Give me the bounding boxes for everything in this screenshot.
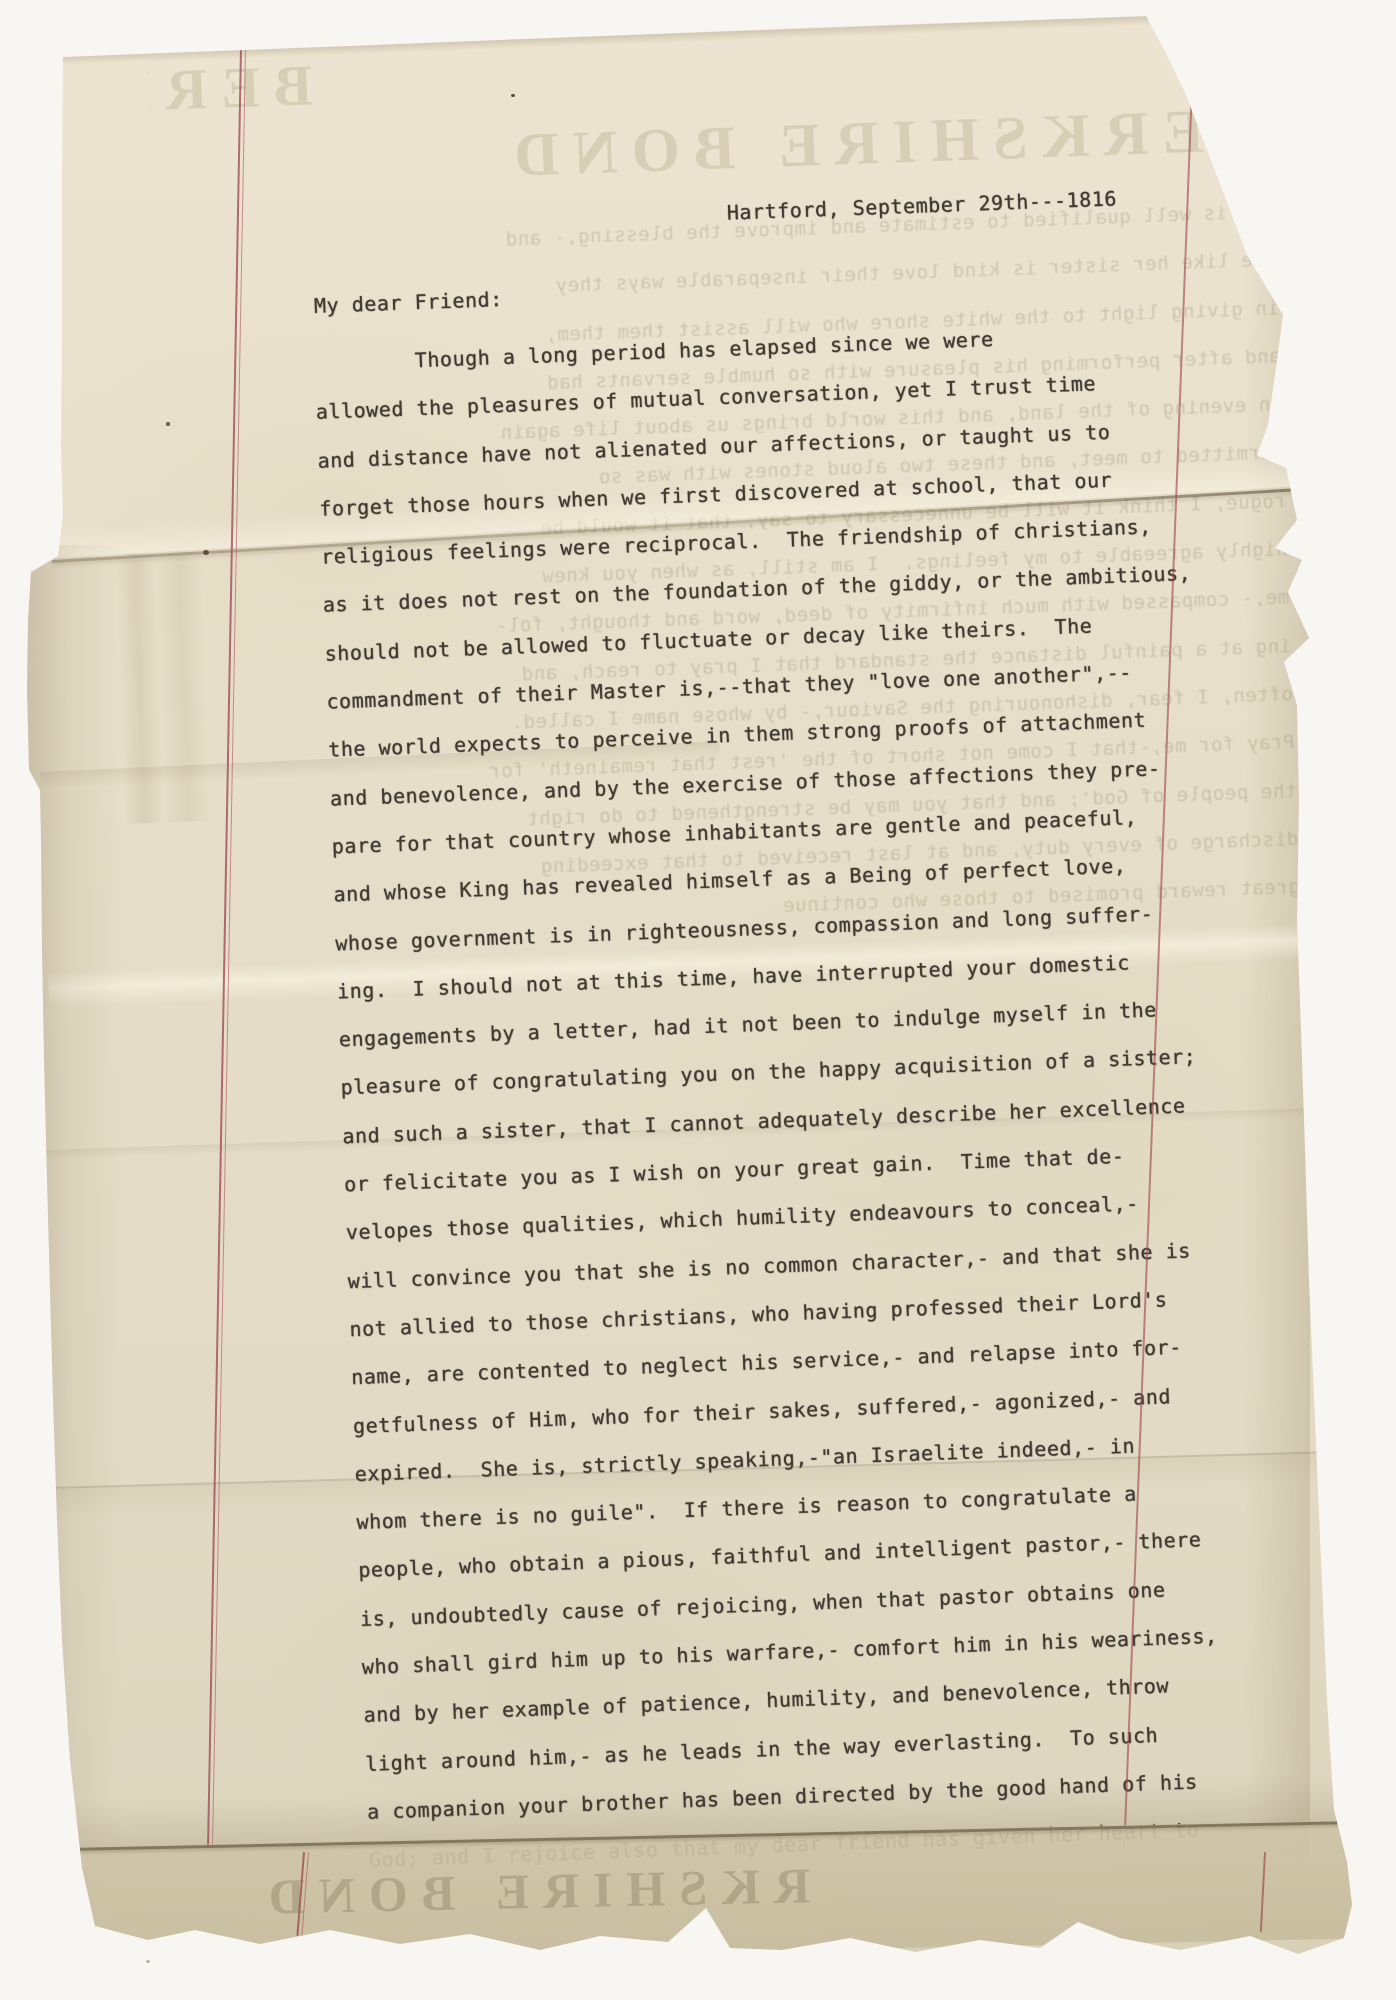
watermark-fragment-topleft: BERKSHIRE BOND xyxy=(148,47,441,153)
watermark-berkshire-bond: BERKSHIRE BOND xyxy=(499,95,1260,192)
letter-sheet: BERKSHIRE BOND BERKSHIRE BOND and is wel… xyxy=(0,0,1396,2000)
left-fold-streaks xyxy=(115,550,234,824)
letter-body: Though a long period has elapsed since w… xyxy=(313,308,1238,1884)
paper-speck xyxy=(203,550,209,555)
watermark-fragment-bottom: BERKSHIRE BOND xyxy=(254,1856,816,1960)
paper-speck xyxy=(166,422,170,426)
left-fold-shading xyxy=(26,545,121,1945)
photo-stage: BERKSHIRE BOND BERKSHIRE BOND and is wel… xyxy=(0,0,1396,2000)
top-edge-shadow xyxy=(60,16,1155,65)
background-speck xyxy=(146,1960,150,1963)
left-margin-rule xyxy=(207,48,246,1848)
paper-speck xyxy=(511,94,515,97)
red-mark-top-edge xyxy=(960,6,966,20)
